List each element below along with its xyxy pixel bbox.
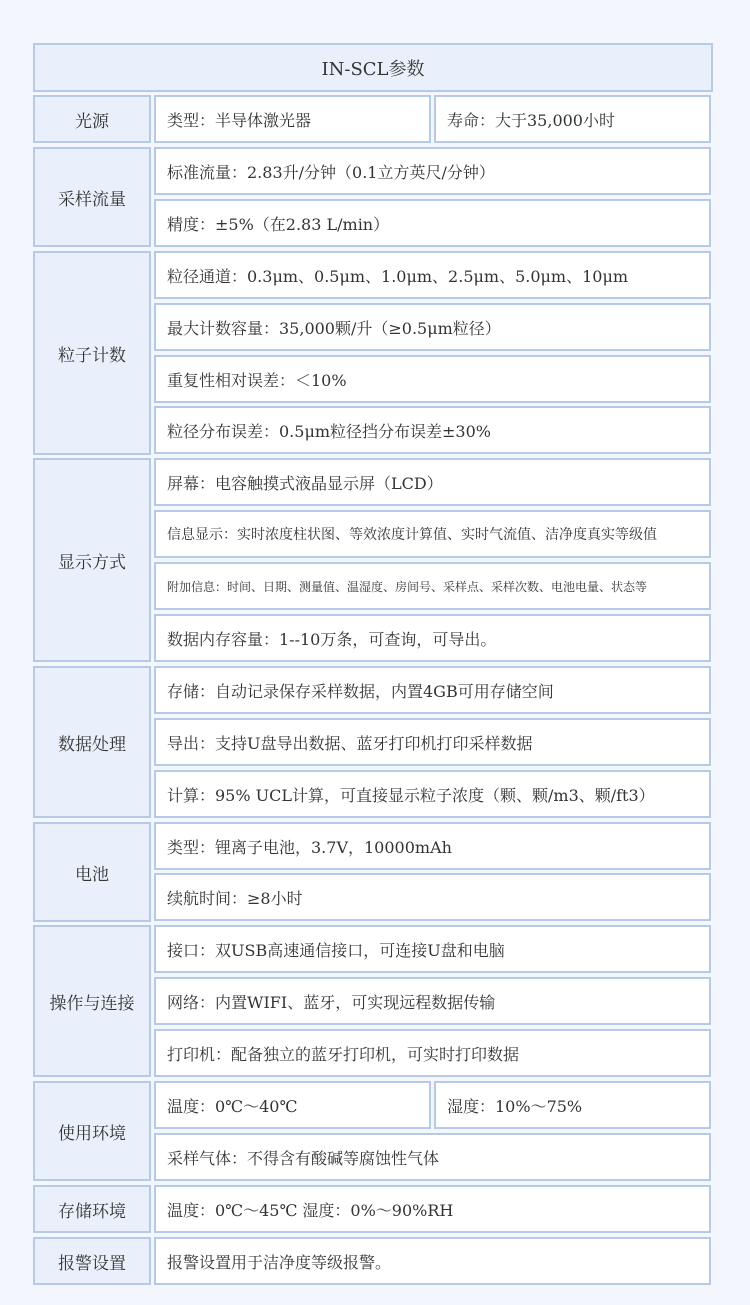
spec-value: 类型：锂离子电池，3.7V，10000mAh (154, 822, 711, 870)
spec-value: 导出：支持U盘导出数据、蓝牙打印机打印采样数据 (154, 718, 711, 766)
section-label: 采样流量 (33, 147, 151, 247)
spec-value: 信息显示：实时浓度柱状图、等效浓度计算值、实时气流值、洁净度真实等级值 (154, 510, 711, 558)
section-label: 电池 (33, 822, 151, 922)
section-label: 显示方式 (33, 458, 151, 662)
spec-value: 精度：±5%（在2.83 L/min） (154, 199, 711, 247)
spec-value: 粒径通道：0.3μm、0.5μm、1.0μm、2.5μm、5.0μm、10μm (154, 251, 711, 299)
spec-value: 数据内存容量：1--10万条，可查询，可导出。 (154, 614, 711, 662)
spec-value: 附加信息：时间、日期、测量值、温湿度、房间号、采样点、采样次数、电池电量、状态等 (154, 562, 711, 610)
spec-value: 存储：自动记录保存采样数据，内置4GB可用存储空间 (154, 666, 711, 714)
spec-value: 计算：95% UCL计算，可直接显示粒子浓度（颗、颗/m3、颗/ft3） (154, 770, 711, 818)
section-label: 数据处理 (33, 666, 151, 818)
spec-value: 湿度：10%～75% (434, 1081, 711, 1129)
spec-value: 类型：半导体激光器 (154, 95, 431, 143)
section-label: 光源 (33, 95, 151, 143)
section-label: 报警设置 (33, 1237, 151, 1285)
spec-value: 打印机：配备独立的蓝牙打印机，可实时打印数据 (154, 1029, 711, 1077)
section-label: 粒子计数 (33, 251, 151, 455)
spec-value: 寿命：大于35,000小时 (434, 95, 711, 143)
spec-value: 重复性相对误差：＜10% (154, 355, 711, 403)
spec-value: 标准流量：2.83升/分钟（0.1立方英尺/分钟） (154, 147, 711, 195)
spec-value: 屏幕：电容触摸式液晶显示屏（LCD） (154, 458, 711, 506)
spec-value: 采样气体：不得含有酸碱等腐蚀性气体 (154, 1133, 711, 1181)
section-label: 操作与连接 (33, 925, 151, 1077)
section-label: 存储环境 (33, 1185, 151, 1233)
spec-value: 温度：0℃～45℃ 湿度：0%～90%RH (154, 1185, 711, 1233)
spec-value: 最大计数容量：35,000颗/升（≥0.5μm粒径） (154, 303, 711, 351)
spec-value: 温度：0℃～40℃ (154, 1081, 431, 1129)
spec-value: 接口：双USB高速通信接口，可连接U盘和电脑 (154, 925, 711, 973)
section-label: 使用环境 (33, 1081, 151, 1181)
spec-value: 续航时间：≥8小时 (154, 873, 711, 921)
spec-value: 网络：内置WIFI、蓝牙，可实现远程数据传输 (154, 977, 711, 1025)
spec-value: 报警设置用于洁净度等级报警。 (154, 1237, 711, 1285)
spec-value: 粒径分布误差：0.5μm粒径挡分布误差±30% (154, 406, 711, 454)
table-title: IN-SCL参数 (33, 43, 713, 92)
